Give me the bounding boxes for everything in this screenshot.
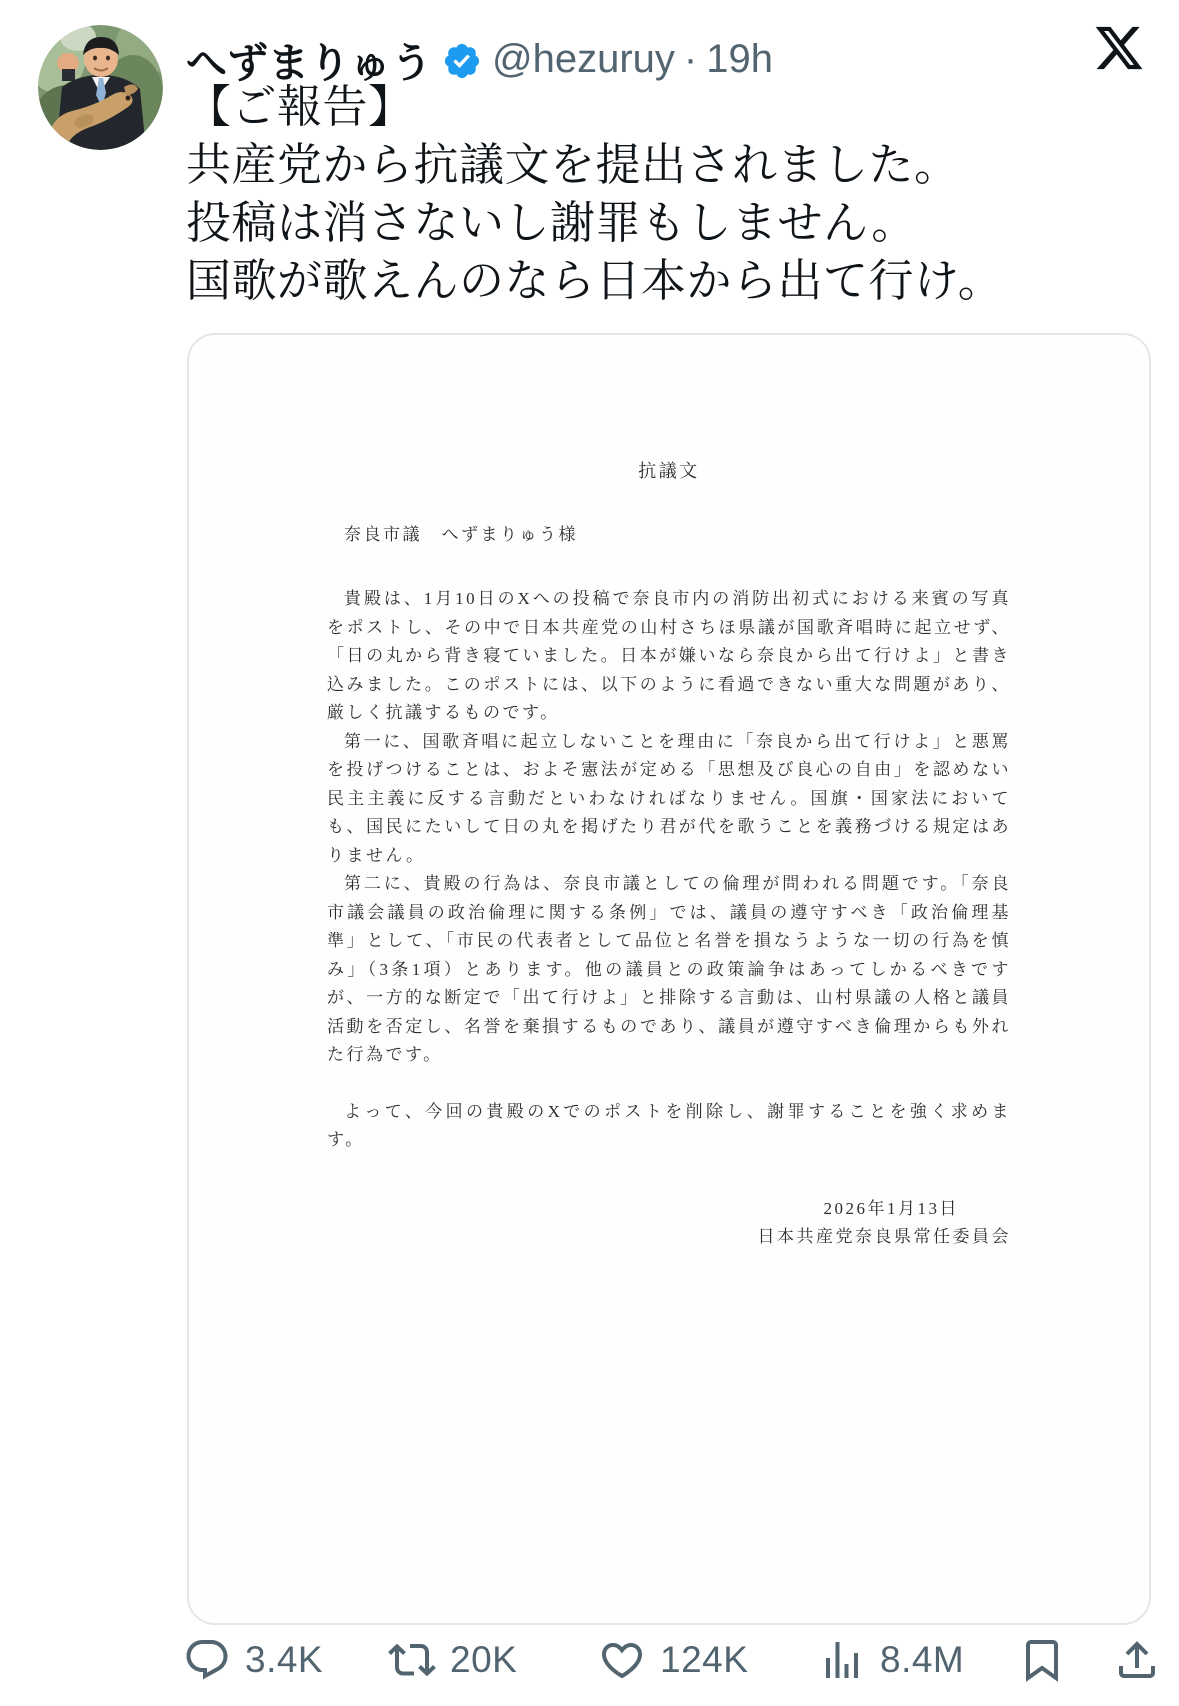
views-button[interactable]: 8.4M bbox=[818, 1628, 964, 1692]
reply-button[interactable]: 3.4K bbox=[183, 1628, 323, 1692]
repost-arrows-icon bbox=[388, 1636, 436, 1684]
like-count: 124K bbox=[660, 1639, 748, 1681]
tweet-action-bar: 3.4K 20K 124K 8.4M bbox=[0, 1628, 1179, 1692]
tweet-media-letter-image[interactable]: 抗議文 奈良市議 へずまりゅう様 貴殿は、1月10日のXへの投稿で奈良市内の消防… bbox=[187, 333, 1151, 1625]
letter-addressee: 奈良市議 へずまりゅう様 bbox=[327, 521, 1011, 550]
letter-paragraph: よって、今回の貴殿のXでのポストを削除し、謝罪することを強く求めます。 bbox=[327, 1098, 1011, 1155]
like-button[interactable]: 124K bbox=[598, 1628, 748, 1692]
bookmark-icon bbox=[1018, 1636, 1066, 1684]
letter-paragraph: 貴殿は、1月10日のXへの投稿で奈良市内の消防出初式における来賓の写真をポストし… bbox=[327, 585, 1011, 728]
letter-title: 抗議文 bbox=[327, 457, 1011, 486]
timestamp[interactable]: 19h bbox=[706, 37, 773, 82]
repost-button[interactable]: 20K bbox=[388, 1628, 517, 1692]
reply-count: 3.4K bbox=[245, 1639, 323, 1681]
protest-letter-document: 抗議文 奈良市議 へずまりゅう様 貴殿は、1月10日のXへの投稿で奈良市内の消防… bbox=[189, 335, 1149, 1623]
bar-chart-icon bbox=[818, 1636, 866, 1684]
view-count: 8.4M bbox=[880, 1639, 964, 1681]
verified-badge-icon bbox=[442, 41, 482, 81]
letter-footer: 2026年1月13日 日本共産党奈良県常任委員会 bbox=[327, 1195, 1011, 1252]
share-upload-icon bbox=[1113, 1636, 1161, 1684]
avatar[interactable] bbox=[38, 25, 163, 150]
handle-group: @hezuruy · 19h bbox=[492, 37, 773, 82]
user-handle[interactable]: @hezuruy bbox=[492, 37, 675, 82]
repost-count: 20K bbox=[450, 1639, 517, 1681]
x-logo[interactable] bbox=[1093, 22, 1145, 74]
reply-bubble-icon bbox=[183, 1636, 231, 1684]
letter-paragraph: 第一に、国歌斉唱に起立しないことを理由に「奈良から出て行けよ」と悪罵を投げつける… bbox=[327, 728, 1011, 871]
bookmark-button[interactable] bbox=[1018, 1628, 1066, 1692]
heart-icon bbox=[598, 1636, 646, 1684]
share-button[interactable] bbox=[1113, 1628, 1161, 1692]
tweet-text: 【ご報告】 共産党から抗議文を提出されました。 投稿は消さないし謝罪もしません。… bbox=[186, 78, 1166, 310]
letter-signature: 日本共産党奈良県常任委員会 bbox=[327, 1223, 1011, 1252]
letter-paragraph: 第二に、貴殿の行為は、奈良市議としての倫理が問われる問題です。「奈良市議会議員の… bbox=[327, 870, 1011, 1070]
avatar-photo-man-with-deer bbox=[38, 25, 163, 150]
letter-date: 2026年1月13日 bbox=[327, 1195, 1011, 1224]
dot-separator: · bbox=[684, 37, 697, 82]
